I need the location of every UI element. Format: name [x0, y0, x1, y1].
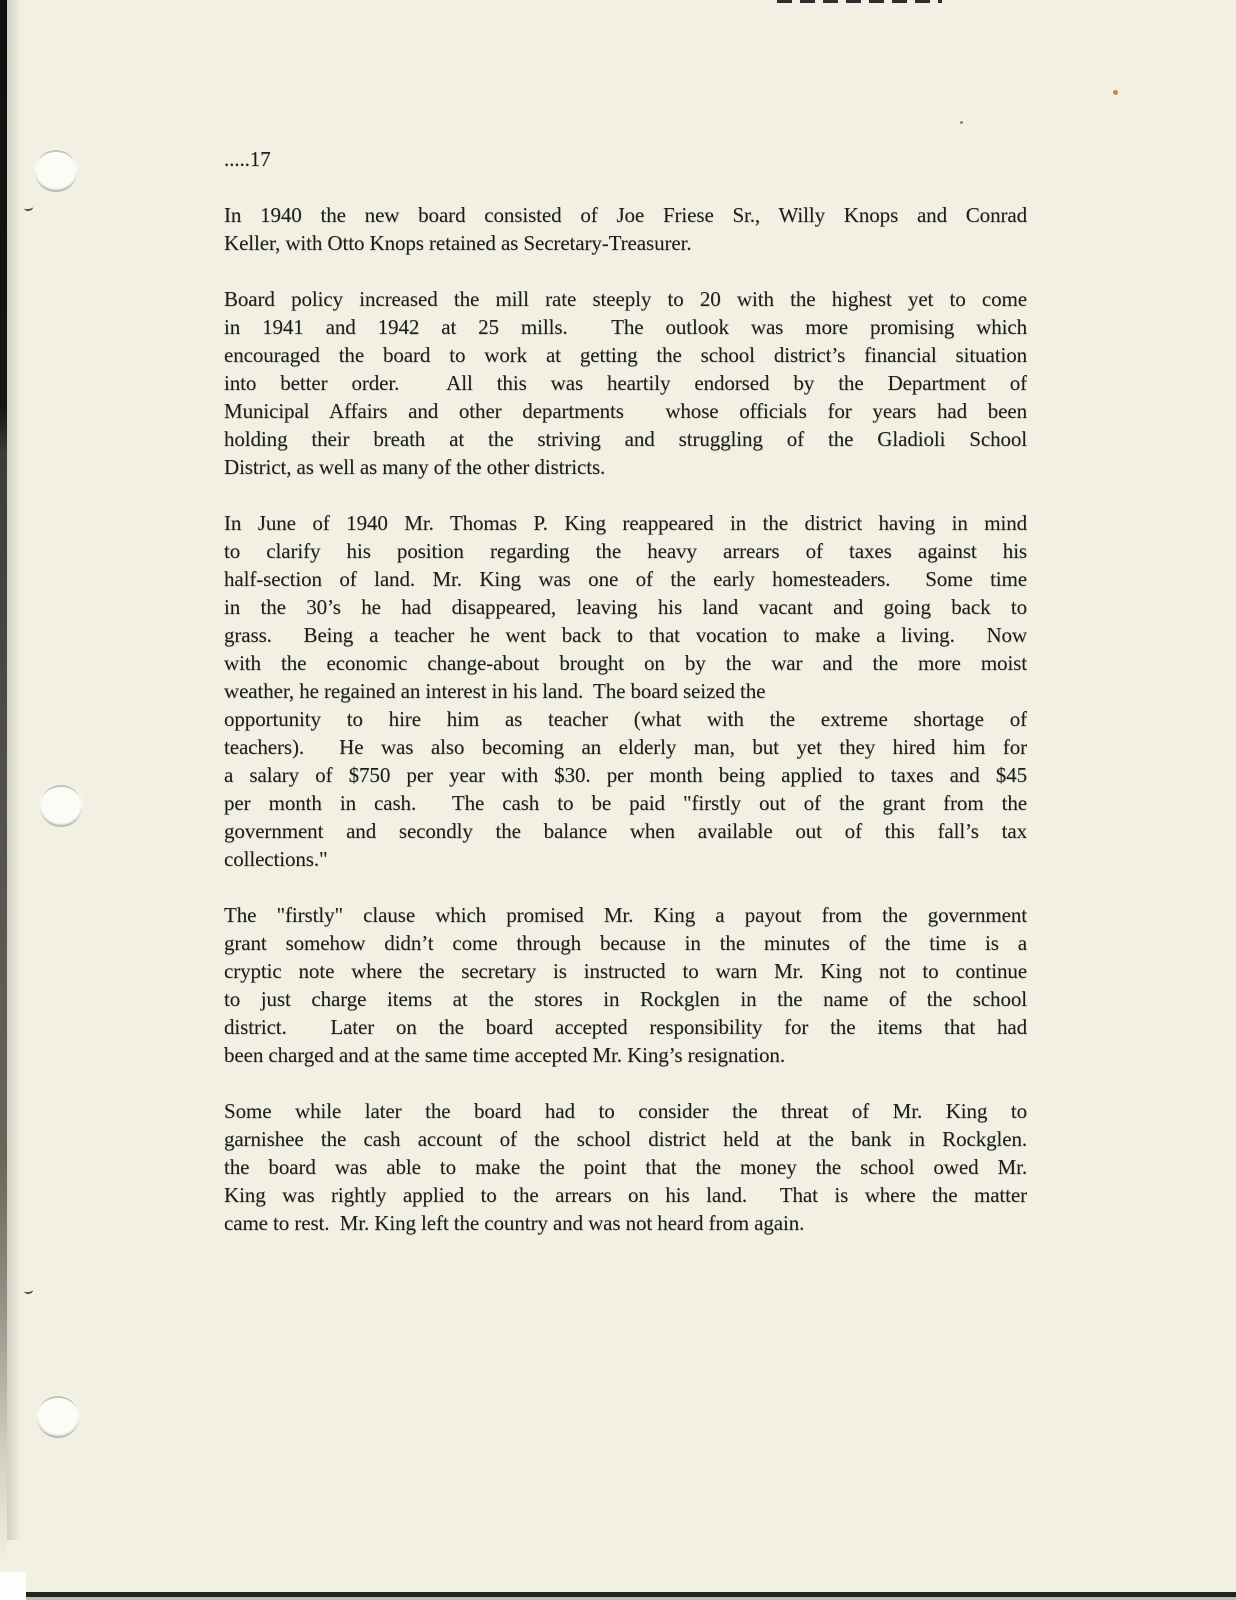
- text-line: district. Later on the board accepted re…: [224, 1013, 1027, 1041]
- text-line: per month in cash. The cash to be paid "…: [224, 789, 1027, 817]
- text-line: weather, he regained an interest in his …: [224, 677, 1027, 705]
- text-line: opportunity to hire him as teacher (what…: [224, 705, 1027, 733]
- paper-speck: [960, 121, 963, 124]
- text-line: into better order. All this was heartily…: [224, 369, 1027, 397]
- text-line: Some while later the board had to consid…: [224, 1097, 1027, 1125]
- paragraph: Board policy increased the mill rate ste…: [224, 285, 1027, 481]
- punch-hole-top: [35, 152, 77, 192]
- text-line: the board was able to make the point tha…: [224, 1153, 1027, 1181]
- text-line: Board policy increased the mill rate ste…: [224, 285, 1027, 313]
- text-line: King was rightly applied to the arrears …: [224, 1181, 1027, 1209]
- punch-hole-middle: [40, 787, 82, 827]
- punch-hole-bottom: [37, 1398, 79, 1438]
- paragraph: In June of 1940 Mr. Thomas P. King reapp…: [224, 509, 1027, 873]
- text-line: grass. Being a teacher he went back to t…: [224, 621, 1027, 649]
- text-line: Keller, with Otto Knops retained as Secr…: [224, 229, 1027, 257]
- text-line: garnishee the cash account of the school…: [224, 1125, 1027, 1153]
- text-line: holding their breath at the striving and…: [224, 425, 1027, 453]
- text-line: cryptic note where the secretary is inst…: [224, 957, 1027, 985]
- stray-pen-mark-lower: [24, 1286, 34, 1294]
- text-line: The "firstly" clause which promised Mr. …: [224, 901, 1027, 929]
- text-line: Municipal Affairs and other departments …: [224, 397, 1027, 425]
- text-line: in the 30’s he had disappeared, leaving …: [224, 593, 1027, 621]
- left-scan-edge: [0, 0, 7, 1565]
- text-line: collections.": [224, 845, 1027, 873]
- top-dashed-scan-edge: [777, 0, 942, 3]
- text-line: to just charge items at the stores in Ro…: [224, 985, 1027, 1013]
- text-line: came to rest. Mr. King left the country …: [224, 1209, 1027, 1237]
- document-body: In 1940 the new board consisted of Joe F…: [224, 201, 1027, 1237]
- paragraph: In 1940 the new board consisted of Joe F…: [224, 201, 1027, 257]
- scanned-page: .....17 In 1940 the new board consisted …: [0, 0, 1236, 1600]
- paragraph: Some while later the board had to consid…: [224, 1097, 1027, 1237]
- text-line: encouraged the board to work at getting …: [224, 341, 1027, 369]
- stain-dot: [1113, 90, 1118, 95]
- text-line: to clarify his position regarding the he…: [224, 537, 1027, 565]
- page-number: .....17: [224, 145, 1027, 173]
- bottom-left-corner: [0, 1572, 26, 1600]
- text-line: half-section of land. Mr. King was one o…: [224, 565, 1027, 593]
- text-line: In June of 1940 Mr. Thomas P. King reapp…: [224, 509, 1027, 537]
- left-edge-shadow: [7, 0, 21, 1540]
- stray-pen-mark-upper: [24, 203, 34, 211]
- text-line: In 1940 the new board consisted of Joe F…: [224, 201, 1027, 229]
- text-line: government and secondly the balance when…: [224, 817, 1027, 845]
- text-line: teachers). He was also becoming an elder…: [224, 733, 1027, 761]
- text-line: District, as well as many of the other d…: [224, 453, 1027, 481]
- text-line: a salary of $750 per year with $30. per …: [224, 761, 1027, 789]
- text-line: grant somehow didn’t come through becaus…: [224, 929, 1027, 957]
- text-line: been charged and at the same time accept…: [224, 1041, 1027, 1069]
- paragraph: The "firstly" clause which promised Mr. …: [224, 901, 1027, 1069]
- text-line: with the economic change-about brought o…: [224, 649, 1027, 677]
- text-column: .....17 In 1940 the new board consisted …: [224, 145, 1027, 1265]
- text-line: in 1941 and 1942 at 25 mills. The outloo…: [224, 313, 1027, 341]
